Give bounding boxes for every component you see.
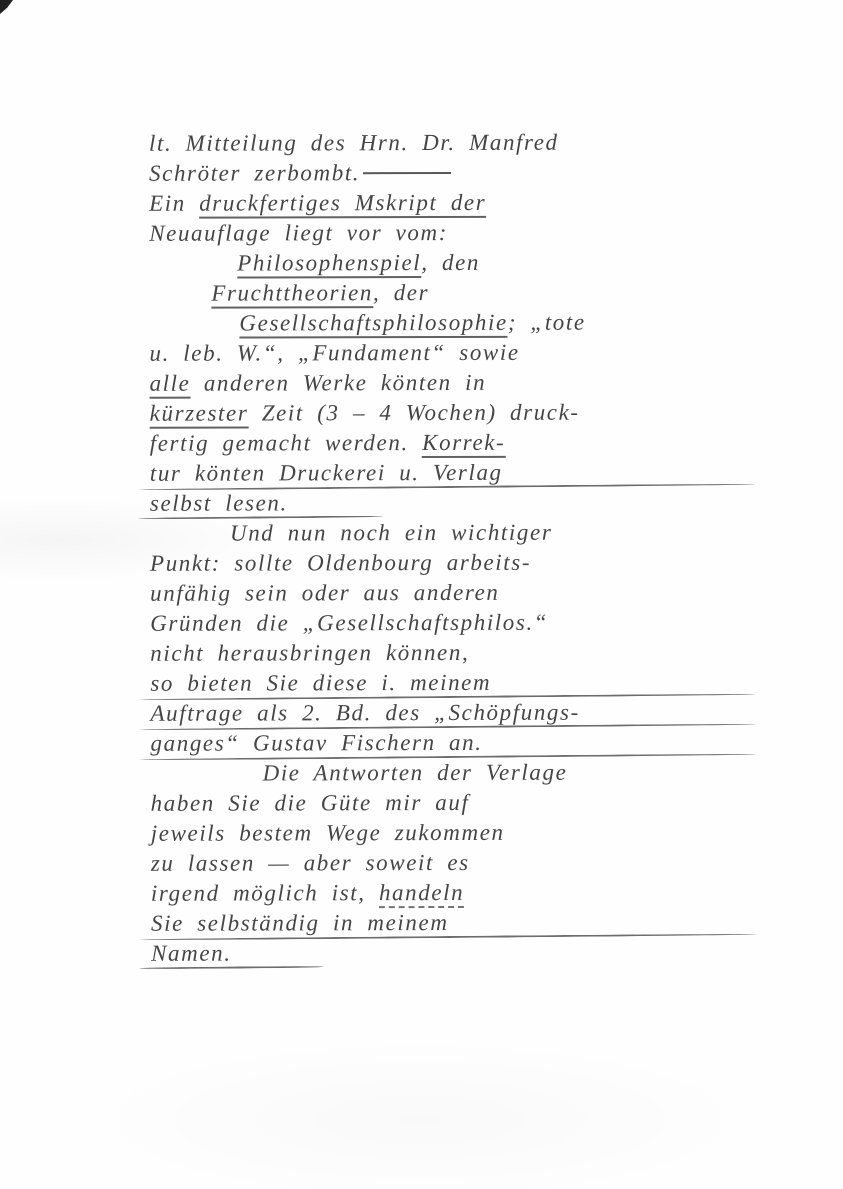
text-segment: jeweils bestem Wege zukommen [151, 820, 505, 846]
text-segment: Philosophenspiel [237, 250, 421, 278]
handwritten-line: zu lassen — aber soweit es [151, 847, 741, 879]
handwritten-underline [139, 966, 324, 970]
text-segment: kürzester [150, 401, 249, 429]
text-segment: Neuauflage liegt vor vom: [149, 220, 448, 246]
handwritten-line: Die Antworten der Verlage [151, 757, 741, 789]
text-segment: , der [373, 280, 429, 305]
text-segment: Ein [149, 191, 199, 216]
text-segment: , den [421, 250, 480, 275]
handwritten-line: Gesellschaftsphilosophie; „tote [149, 307, 739, 339]
handwritten-line: fertig gemacht werden. Korrek- [150, 427, 740, 459]
handwritten-line: Gründen die „Gesellschaftsphilos.“ [150, 607, 740, 639]
text-segment: so bieten Sie diese i. meinem [150, 670, 491, 696]
text-segment: ganges“ Gustav Fischern an. [150, 730, 482, 756]
text-segment: Punkt: sollte Oldenbourg arbeits- [150, 550, 531, 576]
text-segment: tur könten Druckerei u. Verlag [150, 460, 503, 486]
text-segment: alle [150, 371, 191, 399]
text-segment: anderen Werke könten in [190, 370, 486, 396]
text-segment: haben Sie die Güte mir auf [151, 790, 470, 816]
handwritten-line: kürzester Zeit (3 – 4 Wochen) druck- [150, 397, 740, 429]
handwritten-line: Schröter zerbombt. [149, 157, 739, 189]
text-segment: Namen. [151, 941, 232, 966]
text-segment: handeln [379, 880, 464, 908]
handwritten-line: Auftrage als 2. Bd. des „Schöpfungs- [150, 697, 740, 729]
text-segment: unfähig sein oder aus anderen [150, 580, 499, 606]
text-segment: Fruchttheorien [211, 280, 373, 308]
text-segment: u. leb. W.“, „Fundament“ sowie [149, 340, 519, 366]
handwritten-line: lt. Mitteilung des Hrn. Dr. Manfred [149, 127, 739, 159]
handwritten-line: Und nun noch ein wichtiger [150, 517, 740, 549]
text-segment: Und nun noch ein wichtiger [230, 520, 552, 546]
text-segment: selbst lesen. [150, 490, 288, 515]
handwritten-line: Fruchttheorien, der [149, 277, 739, 309]
text-segment: irgend möglich ist, [151, 880, 379, 906]
text-segment: druckfertiges Mskript der [199, 190, 486, 219]
scan-artifact-corner [0, 0, 13, 14]
text-segment: Auftrage als 2. Bd. des „Schöpfungs- [150, 700, 579, 726]
text-segment: ; „tote [508, 310, 586, 335]
text-segment: Sie selbständig in meinem [151, 910, 449, 936]
scanned-letter-page: lt. Mitteilung des Hrn. Dr. ManfredSchrö… [0, 0, 843, 1189]
handwritten-line: so bieten Sie diese i. meinem [150, 667, 740, 699]
text-segment: Gründen die „Gesellschaftsphilos.“ [150, 610, 548, 636]
handwritten-line: Sie selbständig in meinem [151, 907, 741, 939]
handwritten-line: haben Sie die Güte mir auf [151, 787, 741, 819]
handwritten-line: Punkt: sollte Oldenbourg arbeits- [150, 547, 740, 579]
text-segment: Korrek- [422, 430, 505, 458]
handwritten-line: Philosophenspiel, den [149, 247, 739, 279]
handwritten-line: irgend möglich ist, handeln [151, 877, 741, 909]
text-segment: Gesellschaftsphilosophie [239, 310, 507, 339]
handwritten-line: u. leb. W.“, „Fundament“ sowie [149, 337, 739, 369]
handwritten-line: Ein druckfertiges Mskript der [149, 187, 739, 219]
handwritten-line: unfähig sein oder aus anderen [150, 577, 740, 609]
handwritten-line: Namen. [151, 937, 741, 969]
text-segment: nicht herausbringen können, [150, 640, 469, 666]
handwritten-line: ganges“ Gustav Fischern an. [150, 727, 740, 759]
handwritten-line: jeweils bestem Wege zukommen [151, 817, 741, 849]
handwritten-line: selbst lesen. [150, 487, 740, 519]
text-segment: Die Antworten der Verlage [263, 760, 568, 786]
text-segment: Schröter zerbombt. [149, 160, 360, 186]
text-segment: fertig gemacht werden. [150, 430, 422, 456]
handwritten-line: nicht herausbringen können, [150, 637, 740, 669]
handwritten-text-block: lt. Mitteilung des Hrn. Dr. ManfredSchrö… [149, 127, 741, 969]
text-segment: lt. Mitteilung des Hrn. Dr. Manfred [149, 130, 559, 156]
handwritten-line: Neuauflage liegt vor vom: [149, 217, 739, 249]
text-segment: zu lassen — aber soweit es [151, 850, 470, 876]
handwritten-dash-rule [363, 172, 451, 174]
handwritten-line: tur könten Druckerei u. Verlag [150, 457, 740, 489]
handwritten-line: alle anderen Werke könten in [150, 367, 740, 399]
text-segment: Zeit (3 – 4 Wochen) druck- [248, 400, 579, 426]
